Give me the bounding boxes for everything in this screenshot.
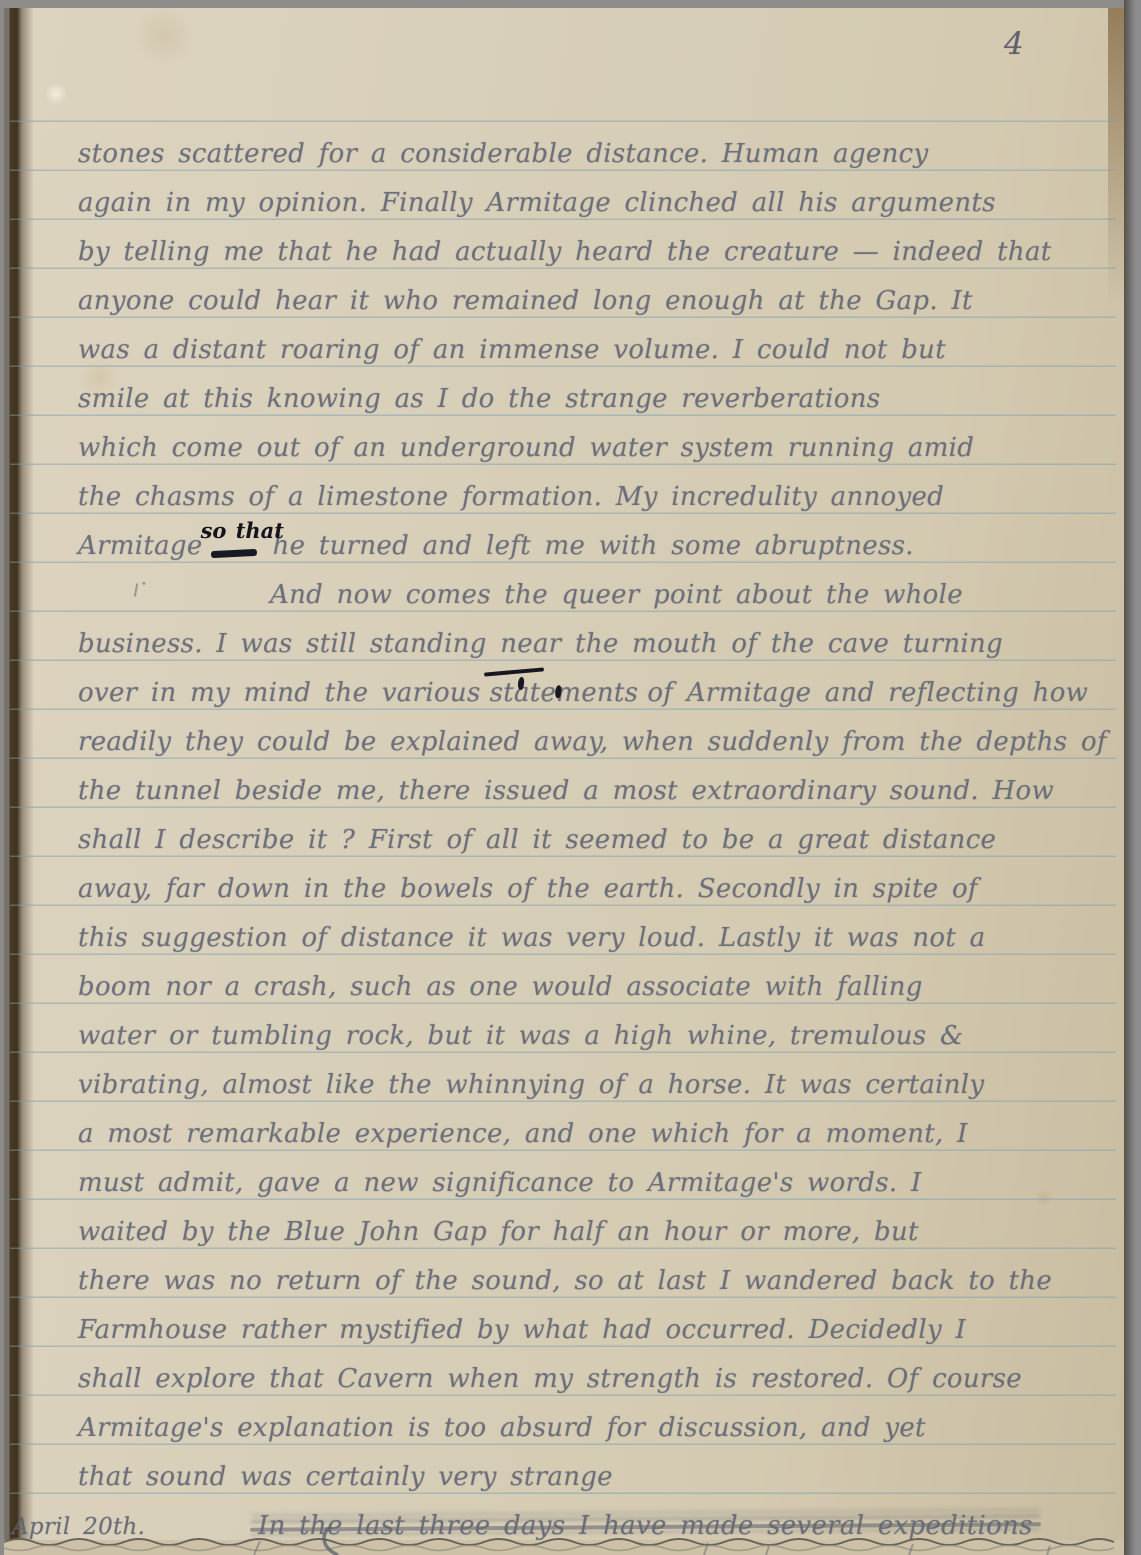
line-text: must admit, gave a new significance to A… bbox=[78, 1170, 922, 1196]
manuscript-line: by telling me that he had actually heard… bbox=[78, 219, 1086, 268]
line-text: smile at this knowing as I do the strang… bbox=[78, 386, 880, 412]
manuscript-line: there was no return of the sound, so at … bbox=[78, 1248, 1086, 1297]
manuscript-line: away, far down in the bowels of the eart… bbox=[78, 856, 1086, 905]
line-text: stones scattered for a considerable dist… bbox=[78, 141, 929, 167]
line-text: over in my mind the various bbox=[78, 680, 481, 706]
line-text: which come out of an underground water s… bbox=[78, 435, 974, 461]
manuscript-line: boom nor a crash, such as one would asso… bbox=[78, 954, 1086, 1003]
line-text: water or tumbling rock, but it was a hig… bbox=[78, 1023, 963, 1049]
manuscript-line: vibrating, almost like the whinnying of … bbox=[78, 1052, 1086, 1101]
manuscript-page: 4 stones scattered for a considerable di… bbox=[4, 8, 1124, 1555]
line-text: he turned and left me with some abruptne… bbox=[273, 533, 914, 559]
torn-bottom-edge bbox=[4, 1527, 1124, 1555]
line-text: was a distant roaring of an immense volu… bbox=[78, 337, 946, 363]
manuscript-line: Farmhouse rather mystified by what had o… bbox=[78, 1297, 1086, 1346]
line-text: that sound was certainly very strange bbox=[78, 1464, 613, 1490]
background-right-edge bbox=[1124, 0, 1141, 1555]
manuscript-line: shall I describe it ? First of all it se… bbox=[78, 807, 1086, 856]
line-text: a most remarkable experience, and one wh… bbox=[78, 1121, 968, 1147]
manuscript-line: Armitage's explanation is too absurd for… bbox=[78, 1395, 1086, 1444]
line-text: the tunnel beside me, there issued a mos… bbox=[78, 778, 1054, 804]
manuscript-line: this suggestion of distance it was very … bbox=[78, 905, 1086, 954]
line-text: vibrating, almost like the whinnying of … bbox=[78, 1072, 984, 1098]
manuscript-line: was a distant roaring of an immense volu… bbox=[78, 317, 1086, 366]
manuscript-text: stones scattered for a considerable dist… bbox=[78, 121, 1086, 1542]
line-text: Armitage's explanation is too absurd for… bbox=[78, 1415, 926, 1441]
line-text: again in my opinion. Finally Armitage cl… bbox=[78, 190, 996, 216]
manuscript-line: which come out of an underground water s… bbox=[78, 415, 1086, 464]
manuscript-line-indented: And now comes the queer point about the … bbox=[78, 562, 1086, 611]
line-text: And now comes the queer point about the … bbox=[270, 582, 963, 608]
line-text: waited by the Blue John Gap for half an … bbox=[78, 1219, 919, 1245]
manuscript-line: again in my opinion. Finally Armitage cl… bbox=[78, 170, 1086, 219]
manuscript-line: the chasms of a limestone formation. My … bbox=[78, 464, 1086, 513]
line-text: Farmhouse rather mystified by what had o… bbox=[78, 1317, 966, 1343]
line-text: this suggestion of distance it was very … bbox=[78, 925, 985, 951]
line-text: anyone could hear it who remained long e… bbox=[78, 288, 973, 314]
manuscript-line: must admit, gave a new significance to A… bbox=[78, 1150, 1086, 1199]
manuscript-line: the tunnel beside me, there issued a mos… bbox=[78, 758, 1086, 807]
line-text: shall explore that Cavern when my streng… bbox=[78, 1366, 1022, 1392]
manuscript-line: shall explore that Cavern when my streng… bbox=[78, 1346, 1086, 1395]
line-text: boom nor a crash, such as one would asso… bbox=[78, 974, 923, 1000]
manuscript-line: water or tumbling rock, but it was a hig… bbox=[78, 1003, 1086, 1052]
manuscript-line: that sound was certainly very strange bbox=[78, 1444, 1086, 1493]
torn-edge-graphic bbox=[4, 1527, 1124, 1555]
line-text: the chasms of a limestone formation. My … bbox=[78, 484, 944, 510]
line-text: away, far down in the bowels of the eart… bbox=[78, 876, 978, 902]
page-number: 4 bbox=[1004, 26, 1024, 62]
next-page-peek bbox=[4, 1540, 1124, 1555]
line-text: Armitage bbox=[78, 533, 203, 559]
manuscript-line: waited by the Blue John Gap for half an … bbox=[78, 1199, 1086, 1248]
manuscript-line: a most remarkable experience, and one wh… bbox=[78, 1101, 1086, 1150]
ink-insertion-text: so that bbox=[201, 520, 284, 541]
line-text: there was no return of the sound, so at … bbox=[78, 1268, 1052, 1294]
ink-marked-word: statements bbox=[490, 680, 639, 706]
manuscript-line: smile at this knowing as I do the strang… bbox=[78, 366, 1086, 415]
manuscript-line-with-ink-marks: over in my mind the various statements o… bbox=[78, 660, 1086, 709]
manuscript-line-with-ink-correction: Armitage so that he turned and left me w… bbox=[78, 513, 1086, 562]
manuscript-line: readily they could be explained away, wh… bbox=[78, 709, 1086, 758]
manuscript-line: business. I was still standing near the … bbox=[78, 611, 1086, 660]
manuscript-line: anyone could hear it who remained long e… bbox=[78, 268, 1086, 317]
ink-correction: so that bbox=[209, 545, 267, 559]
line-text: by telling me that he had actually heard… bbox=[78, 239, 1052, 265]
manuscript-line: stones scattered for a considerable dist… bbox=[78, 121, 1086, 170]
line-text: business. I was still standing near the … bbox=[78, 631, 1003, 657]
ink-strikeout-blot bbox=[210, 549, 256, 558]
line-text: shall I describe it ? First of all it se… bbox=[78, 827, 996, 853]
line-text: readily they could be explained away, wh… bbox=[78, 729, 1107, 755]
line-text: of Armitage and reflecting how bbox=[647, 680, 1088, 706]
